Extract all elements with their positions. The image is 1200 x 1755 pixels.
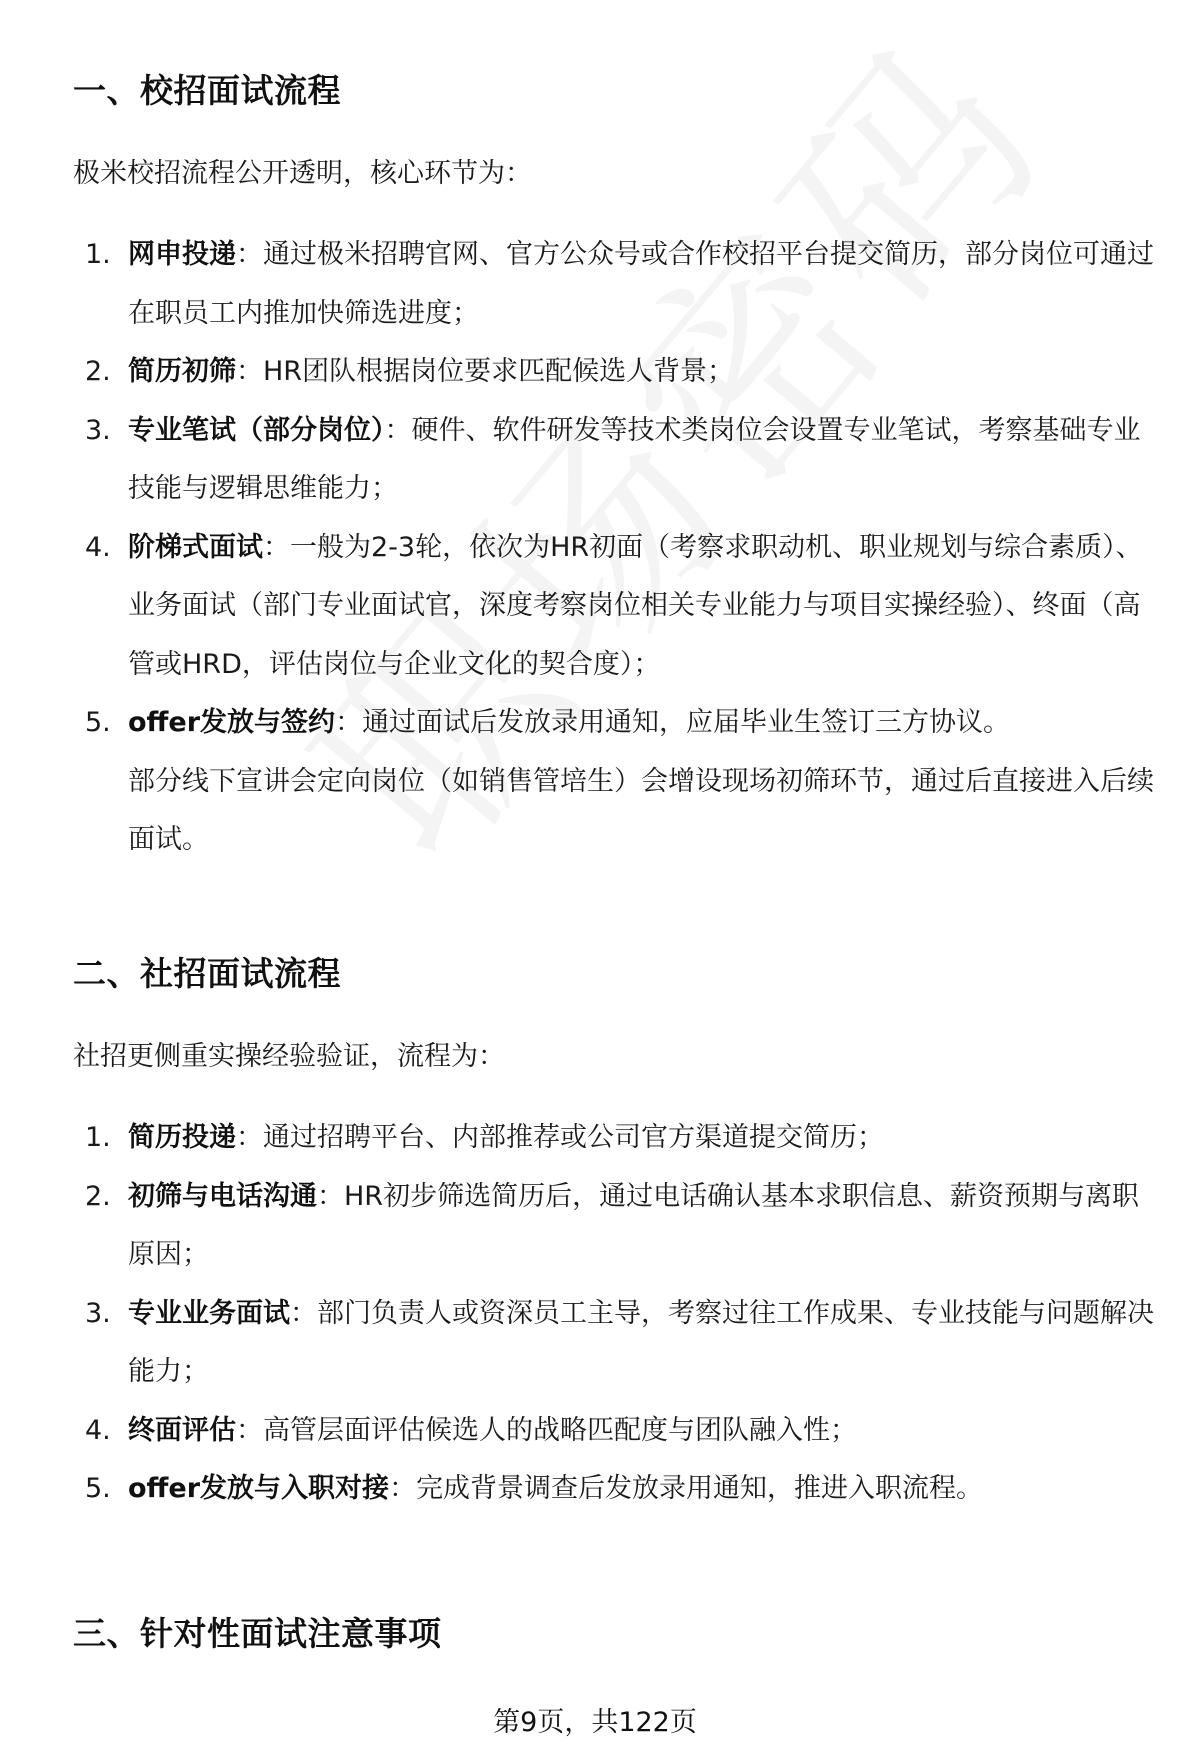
item-separator: ： — [236, 1122, 263, 1153]
item-text: 完成背景调查后发放录用通知，推进入职流程。 — [416, 1473, 983, 1504]
list-item: 2. 简历初筛：HR团队根据岗位要求匹配候选人背景； — [73, 343, 1158, 402]
section-intro-social: 社招更侧重实操经验验证，流程为： — [73, 1028, 505, 1086]
item-title: offer发放与签约 — [128, 707, 335, 738]
list-number: 3. — [85, 1285, 111, 1344]
item-separator: ： — [317, 1181, 344, 1212]
list-item: 2. 初筛与电话沟通：HR初步筛选简历后，通过电话确认基本求职信息、薪资预期与离… — [73, 1168, 1158, 1285]
item-title: 终面评估 — [128, 1415, 236, 1446]
item-title: 阶梯式面试 — [128, 532, 263, 563]
item-title: 专业业务面试 — [128, 1298, 290, 1329]
list-number: 2. — [85, 1168, 111, 1227]
item-note: 部分线下宣讲会定向岗位（如销售管培生）会增设现场初筛环节，通过后直接进入后续面试… — [128, 753, 1158, 870]
item-text: HR团队根据岗位要求匹配候选人背景； — [263, 356, 734, 387]
social-process-list: 1. 简历投递：通过招聘平台、内部推荐或公司官方渠道提交简历； 2. 初筛与电话… — [73, 1109, 1158, 1519]
item-separator: ： — [385, 415, 412, 446]
item-separator: ： — [263, 532, 290, 563]
section-heading-campus: 一、校招面试流程 — [73, 65, 341, 112]
item-title: 初筛与电话沟通 — [128, 1181, 317, 1212]
list-number: 3. — [85, 402, 111, 461]
page-number: 第9页，共122页 — [0, 1700, 1195, 1739]
item-title: 简历投递 — [128, 1122, 236, 1153]
item-separator: ： — [236, 239, 263, 270]
list-number: 4. — [85, 519, 111, 578]
list-item: 4. 阶梯式面试：一般为2-3轮，依次为HR初面（考察求职动机、职业规划与综合素… — [73, 519, 1158, 695]
section-heading-social: 二、社招面试流程 — [73, 948, 341, 995]
item-title: offer发放与入职对接 — [128, 1473, 389, 1504]
list-item: 1. 简历投递：通过招聘平台、内部推荐或公司官方渠道提交简历； — [73, 1109, 1158, 1168]
section-intro-campus: 极米校招流程公开透明，核心环节为： — [73, 145, 532, 203]
document-page: 一、校招面试流程 极米校招流程公开透明，核心环节为： 1. 网申投递：通过极米招… — [0, 0, 1200, 1755]
list-number: 1. — [85, 226, 111, 285]
section-heading-notes: 三、针对性面试注意事项 — [73, 1608, 442, 1655]
list-item: 3. 专业笔试（部分岗位）：硬件、软件研发等技术类岗位会设置专业笔试，考察基础专… — [73, 402, 1158, 519]
item-separator: ： — [389, 1473, 416, 1504]
list-number: 5. — [85, 694, 111, 753]
item-title: 简历初筛 — [128, 356, 236, 387]
list-item: 3. 专业业务面试：部门负责人或资深员工主导，考察过往工作成果、专业技能与问题解… — [73, 1285, 1158, 1402]
list-number: 5. — [85, 1460, 111, 1519]
item-separator: ： — [236, 356, 263, 387]
item-title: 网申投递 — [128, 239, 236, 270]
item-text: 通过面试后发放录用通知，应届毕业生签订三方协议。 — [362, 707, 1010, 738]
list-number: 2. — [85, 343, 111, 402]
item-text: 高管层面评估候选人的战略匹配度与团队融入性； — [263, 1415, 857, 1446]
item-text: 通过招聘平台、内部推荐或公司官方渠道提交简历； — [263, 1122, 884, 1153]
list-item: 5. offer发放与签约：通过面试后发放录用通知，应届毕业生签订三方协议。 部… — [73, 694, 1158, 870]
list-item: 1. 网申投递：通过极米招聘官网、官方公众号或合作校招平台提交简历，部分岗位可通… — [73, 226, 1158, 343]
item-separator: ： — [290, 1298, 317, 1329]
item-title: 专业笔试（部分岗位） — [128, 415, 385, 446]
campus-process-list: 1. 网申投递：通过极米招聘官网、官方公众号或合作校招平台提交简历，部分岗位可通… — [73, 226, 1158, 870]
item-text: 通过极米招聘官网、官方公众号或合作校招平台提交简历，部分岗位可通过在职员工内推加… — [128, 239, 1154, 329]
item-separator: ： — [335, 707, 362, 738]
list-item: 5. offer发放与入职对接：完成背景调查后发放录用通知，推进入职流程。 — [73, 1460, 1158, 1519]
item-separator: ： — [236, 1415, 263, 1446]
list-number: 4. — [85, 1402, 111, 1461]
list-item: 4. 终面评估：高管层面评估候选人的战略匹配度与团队融入性； — [73, 1402, 1158, 1461]
list-number: 1. — [85, 1109, 111, 1168]
